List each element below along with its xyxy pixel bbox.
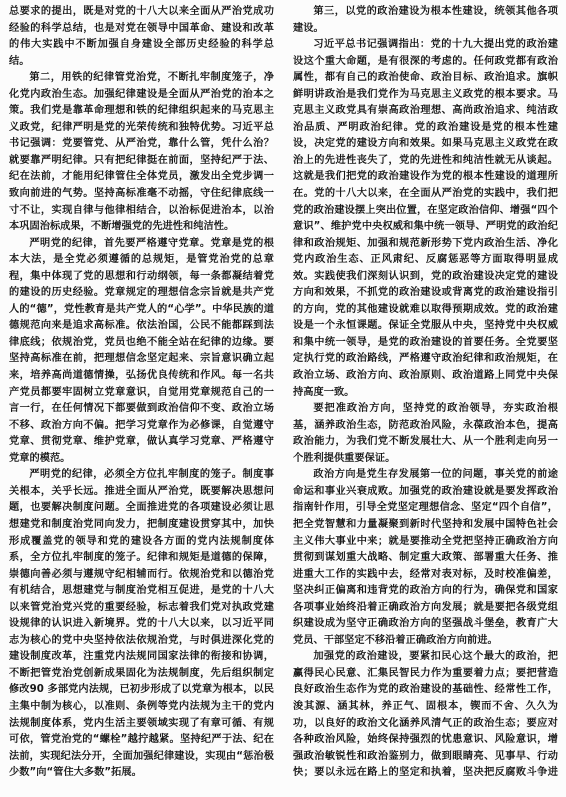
paragraph: 严明党的纪律，必须全方位扎牢制度的笼子。制度事关根本，关乎长远。推进全面从严治党… bbox=[9, 467, 274, 781]
article-columns: 总要求的提出，既是对党的十八大以来全面从严治党成功经验的科学总结，也是对党在领导… bbox=[9, 4, 558, 797]
paragraph: 习近平总书记强调指出：党的十九大提出党的政治建设这个重大命题，是有很深的考虑的。… bbox=[293, 37, 558, 401]
paragraph: 总要求的提出，既是对党的十八大以来全面从严治党成功经验的科学总结，也是对党在领导… bbox=[9, 4, 274, 70]
paragraph: 政治方向是党生存发展第一位的问题，事关党的前途命运和事业兴衰成败。加强党的政治建… bbox=[293, 467, 558, 649]
paragraph: 第二，用铁的纪律管党治党，不断扎牢制度笼子，净化党内政治生态。加强纪律建设是全面… bbox=[9, 70, 274, 235]
paragraph: 要把准政治方向，坚持党的政治领导，夯实政治根基，涵养政治生态，防范政治风险，永葆… bbox=[293, 401, 558, 467]
paragraph: 第三，以党的政治建设为根本性建设，统领其他各项建设。 bbox=[293, 4, 558, 37]
paragraph: 严明党的纪律，首先要严格遵守党章。党章是党的根本大法，是全党必须遵循的总规矩，是… bbox=[9, 236, 274, 468]
book-page: 总要求的提出，既是对党的十八大以来全面从严治党成功经验的科学总结，也是对党在领导… bbox=[0, 0, 566, 797]
